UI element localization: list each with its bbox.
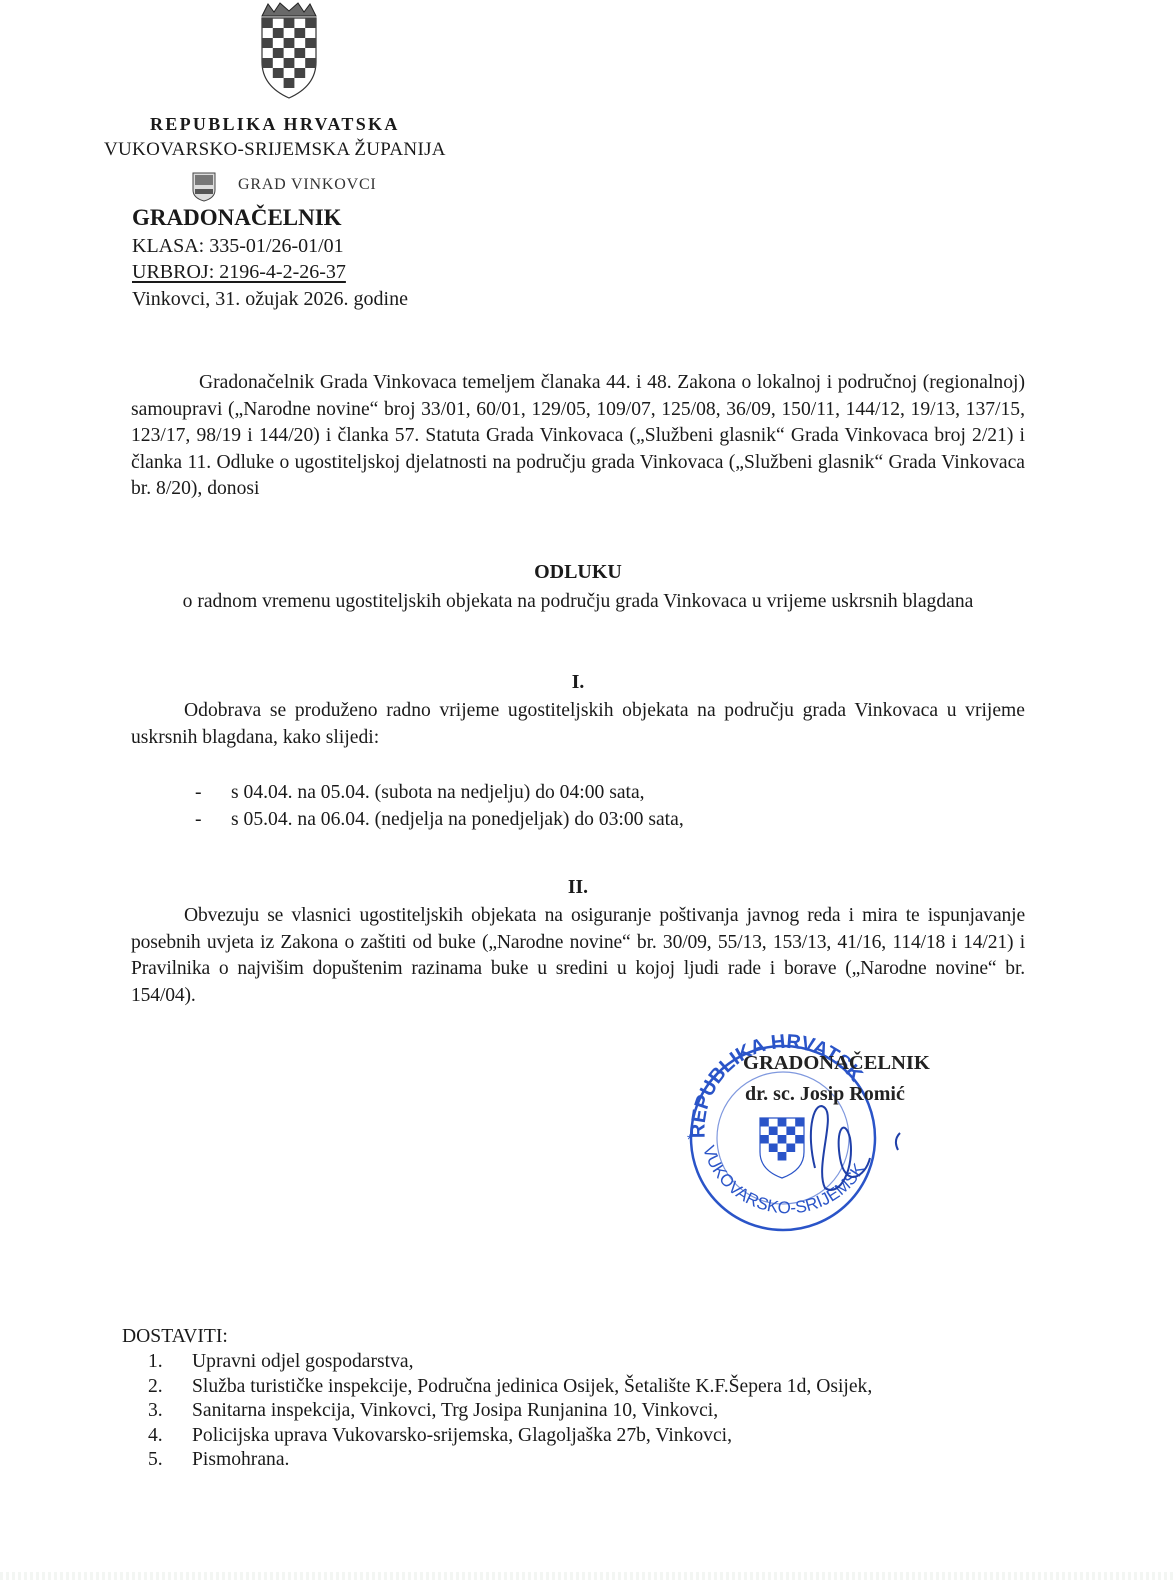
list-item: 5.Pismohrana. <box>148 1448 872 1473</box>
scan-edge-artifact <box>0 1572 1176 1580</box>
section-2-text: Obvezuju se vlasnici ugostiteljskih obje… <box>131 903 1025 1009</box>
working-hours-list: s 04.04. na 05.04. (subota na nedjelju) … <box>195 779 684 833</box>
intro-paragraph: Gradonačelnik Grada Vinkovaca temeljem č… <box>131 370 1025 503</box>
list-item: s 05.04. na 06.04. (nedjelja na ponedjel… <box>195 806 684 833</box>
croatia-coat-of-arms-icon <box>258 2 320 100</box>
list-item: 1.Upravni odjel gospodarstva, <box>148 1350 872 1375</box>
list-item: 4.Policijska uprava Vukovarsko-srijemska… <box>148 1424 872 1449</box>
city-name: GRAD VINKOVCI <box>238 176 377 194</box>
office-title: GRADONAČELNIK <box>132 205 342 231</box>
delivery-label: DOSTAVITI: <box>122 1326 228 1348</box>
signatory-title: GRADONAČELNIK <box>743 1052 930 1075</box>
section-1-number: I. <box>131 672 1025 694</box>
decision-title: ODLUKU <box>131 561 1025 584</box>
country-name: REPUBLIKA HRVATSKA <box>150 114 400 135</box>
list-item: 3.Sanitarna inspekcija, Vinkovci, Trg Jo… <box>148 1399 872 1424</box>
section-1-text: Odobrava se produženo radno vrijeme ugos… <box>131 698 1025 751</box>
place-and-date: Vinkovci, 31. ožujak 2026. godine <box>132 288 408 311</box>
vinkovci-city-crest-icon <box>191 170 217 202</box>
svg-text:*: * <box>687 1131 693 1147</box>
official-stamp-icon: REPUBLIKA HRVATSKA VUKOVARSKO-SRIJEMSKA … <box>665 1018 965 1233</box>
county-name: VUKOVARSKO-SRIJEMSKA ŽUPANIJA <box>104 139 446 161</box>
klasa-reference: KLASA: 335-01/26-01/01 <box>132 235 344 258</box>
list-item: s 04.04. na 05.04. (subota na nedjelju) … <box>195 779 684 806</box>
decision-subtitle: o radnom vremenu ugostiteljskih objekata… <box>131 588 1025 616</box>
list-item: 2.Služba turističke inspekcije, Područna… <box>148 1375 872 1400</box>
section-2-number: II. <box>131 877 1025 899</box>
urbroj-reference: URBROJ: 2196-4-2-26-37 <box>132 261 346 284</box>
delivery-list: 1.Upravni odjel gospodarstva, 2.Služba t… <box>148 1350 872 1473</box>
signatory-name: dr. sc. Josip Romić <box>745 1083 905 1106</box>
